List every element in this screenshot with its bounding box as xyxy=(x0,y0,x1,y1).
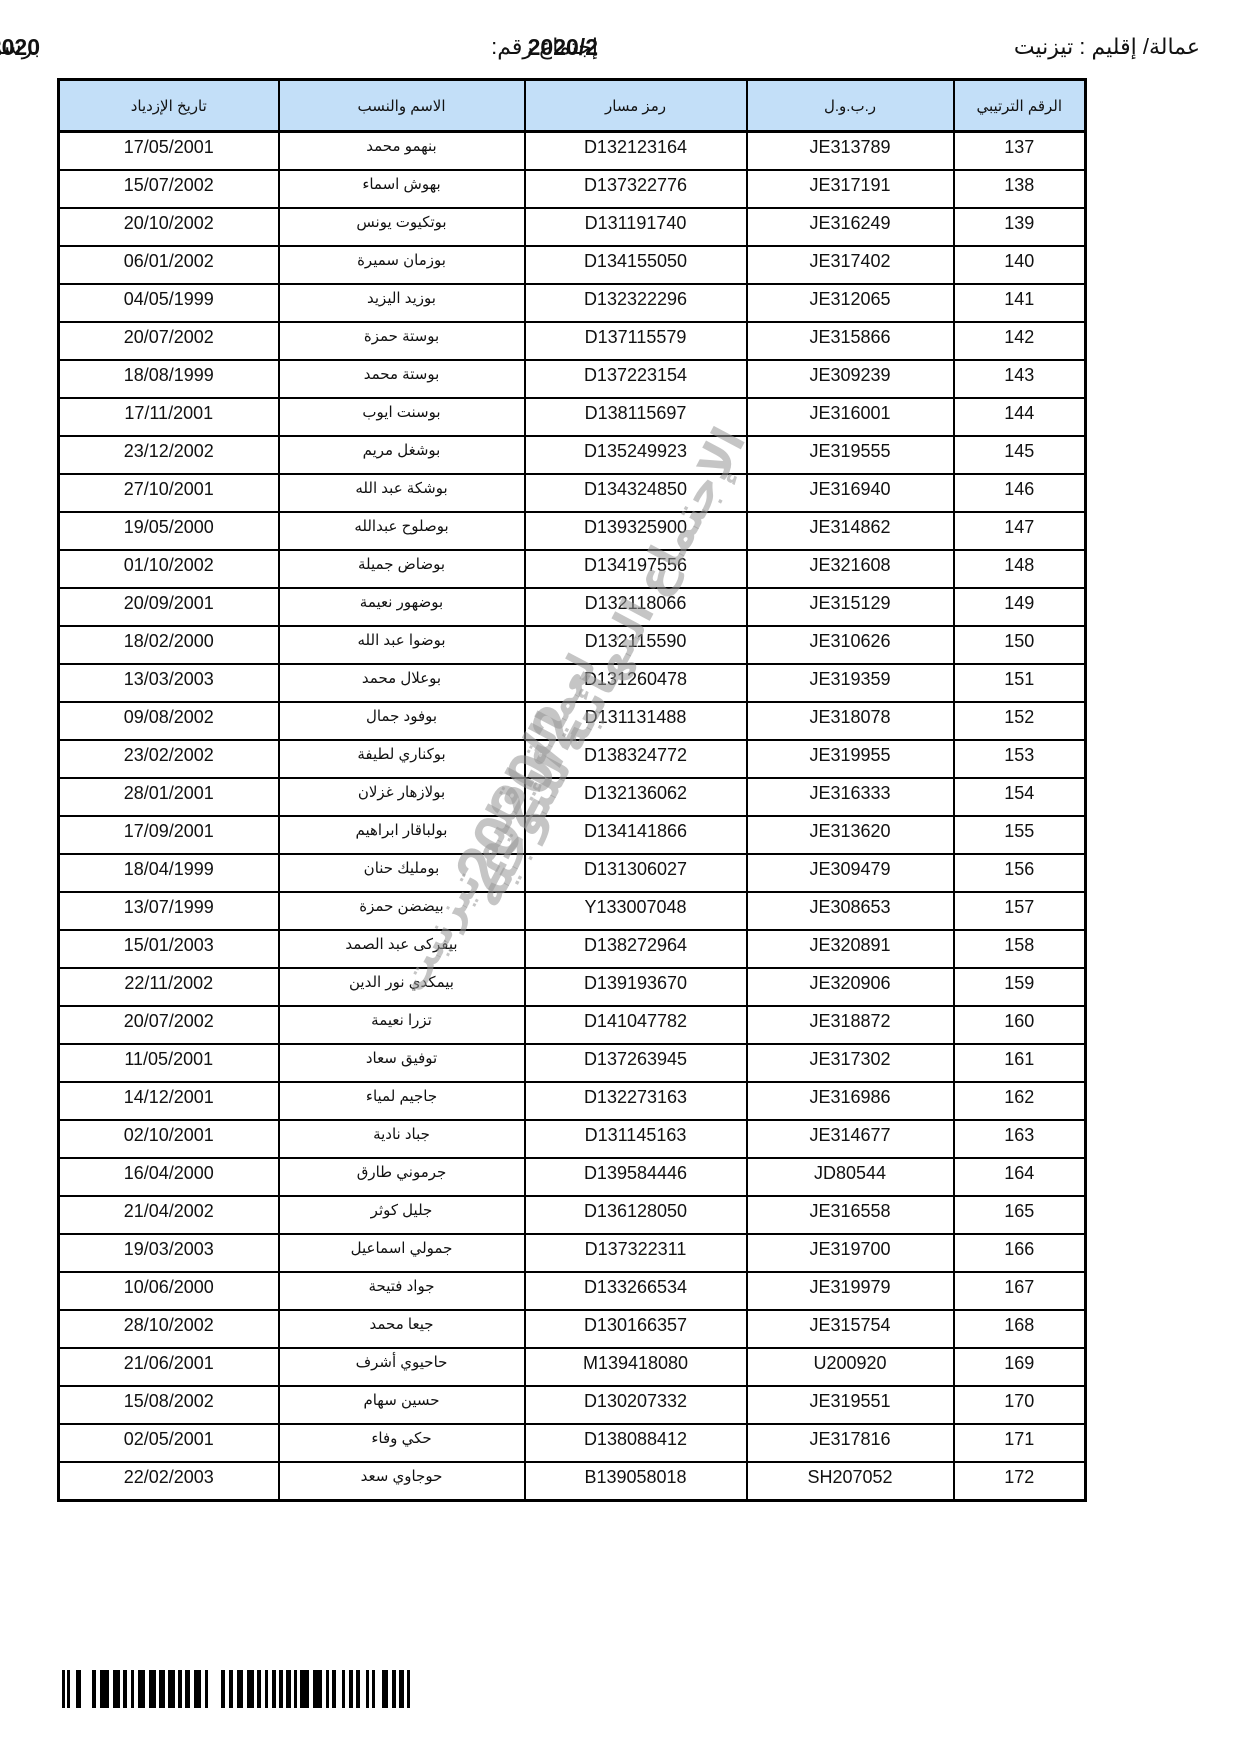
birth-date-cell: 10/06/2000 xyxy=(59,1272,279,1310)
birth-date-cell: 23/12/2002 xyxy=(59,436,279,474)
table-row: 10/06/2000جواد فتيحةD133266534JE31997916… xyxy=(59,1272,1086,1310)
massar-code-cell: D137322311 xyxy=(525,1234,747,1272)
table-row: 22/02/2003حوجاوي سعدB139058018SH20705217… xyxy=(59,1462,1086,1501)
full-name-cell: بولازهار غزلان xyxy=(279,778,525,816)
serial-cell: 138 xyxy=(954,170,1086,208)
birth-date-cell: 02/05/2001 xyxy=(59,1424,279,1462)
birth-date-cell: 20/07/2002 xyxy=(59,1006,279,1044)
birth-date-cell: 11/05/2001 xyxy=(59,1044,279,1082)
serial-cell: 149 xyxy=(954,588,1086,626)
birth-date-cell: 15/08/2002 xyxy=(59,1386,279,1424)
birth-date-cell: 20/07/2002 xyxy=(59,322,279,360)
birth-date-cell: 22/11/2002 xyxy=(59,968,279,1006)
cin-cell: JE309479 xyxy=(747,854,954,892)
massar-code-cell: D130166357 xyxy=(525,1310,747,1348)
massar-code-cell: D139193670 xyxy=(525,968,747,1006)
cin-cell: JE317402 xyxy=(747,246,954,284)
prefecture-title: عمالة/ إقليم : تيزنيت xyxy=(1014,34,1200,60)
full-name-cell: حاحيوي أشرف xyxy=(279,1348,525,1386)
table-row: 09/08/2002بوفود جمالD131131488JE31807815… xyxy=(59,702,1086,740)
massar-code-cell: D132115590 xyxy=(525,626,747,664)
serial-cell: 143 xyxy=(954,360,1086,398)
table-row: 23/02/2002بوكناري لطيفةD138324772JE31995… xyxy=(59,740,1086,778)
full-name-cell: بوستة محمد xyxy=(279,360,525,398)
birth-date-cell: 28/01/2001 xyxy=(59,778,279,816)
table-row: 13/07/1999بيضضن حمزةY133007048JE30865315… xyxy=(59,892,1086,930)
birth-date-cell: 20/10/2002 xyxy=(59,208,279,246)
table-row: 18/02/2000بوضوا عبد اللهD132115590JE3106… xyxy=(59,626,1086,664)
serial-cell: 171 xyxy=(954,1424,1086,1462)
serial-cell: 162 xyxy=(954,1082,1086,1120)
cin-cell: JE317191 xyxy=(747,170,954,208)
full-name-cell: بيضضن حمزة xyxy=(279,892,525,930)
cin-cell: JE315866 xyxy=(747,322,954,360)
full-name-cell: جاجيم لمياء xyxy=(279,1082,525,1120)
cin-cell: JE313620 xyxy=(747,816,954,854)
cin-cell: JE312065 xyxy=(747,284,954,322)
barcode xyxy=(62,1670,410,1708)
serial-cell: 159 xyxy=(954,968,1086,1006)
cin-cell: JE319555 xyxy=(747,436,954,474)
birth-date-cell: 02/10/2001 xyxy=(59,1120,279,1158)
birth-date-cell: 20/09/2001 xyxy=(59,588,279,626)
cin-cell: JE314677 xyxy=(747,1120,954,1158)
massar-code-cell: D139584446 xyxy=(525,1158,747,1196)
full-name-cell: حوجاوي سعد xyxy=(279,1462,525,1501)
full-name-cell: بولباقار ابراهيم xyxy=(279,816,525,854)
serial-cell: 140 xyxy=(954,246,1086,284)
cin-cell: JE319551 xyxy=(747,1386,954,1424)
full-name-cell: بوزيد اليزيد xyxy=(279,284,525,322)
birth-date-cell: 09/08/2002 xyxy=(59,702,279,740)
full-name-cell: حكي وفاء xyxy=(279,1424,525,1462)
birth-date-cell: 17/05/2001 xyxy=(59,132,279,171)
birth-date-cell: 22/02/2003 xyxy=(59,1462,279,1501)
barcode-bar xyxy=(194,1670,201,1708)
table-row: 22/11/2002بيمكدي نور الدينD139193670JE32… xyxy=(59,968,1086,1006)
table-row: 20/09/2001بوضهور نعيمةD132118066JE315129… xyxy=(59,588,1086,626)
cin-cell: JE316940 xyxy=(747,474,954,512)
barcode-gap xyxy=(81,1670,92,1708)
massar-code-cell: D132322296 xyxy=(525,284,747,322)
massar-code-cell: D131145163 xyxy=(525,1120,747,1158)
serial-cell: 156 xyxy=(954,854,1086,892)
table-row: 13/03/2003بوعلال محمدD131260478JE3193591… xyxy=(59,664,1086,702)
barcode-bar xyxy=(313,1670,322,1708)
cin-cell: JE319955 xyxy=(747,740,954,778)
table-row: 17/05/2001بنهمو محمدD132123164JE31378913… xyxy=(59,132,1086,171)
cin-cell: JE320891 xyxy=(747,930,954,968)
full-name-cell: بنهمو محمد xyxy=(279,132,525,171)
massar-code-cell: D138324772 xyxy=(525,740,747,778)
serial-cell: 142 xyxy=(954,322,1086,360)
cin-cell: JE310626 xyxy=(747,626,954,664)
full-name-cell: جمولي اسماعيل xyxy=(279,1234,525,1272)
massar-code-cell: D132136062 xyxy=(525,778,747,816)
barcode-bar xyxy=(100,1670,109,1708)
table-row: 16/04/2000جرموني طارقD139584446JD8054416… xyxy=(59,1158,1086,1196)
cin-cell: JE320906 xyxy=(747,968,954,1006)
meeting-value: 2020/2 xyxy=(528,34,598,61)
table-row: 27/10/2001بوشكة عبد اللهD134324850JE3169… xyxy=(59,474,1086,512)
table-row: 14/12/2001جاجيم لمياءD132273163JE3169861… xyxy=(59,1082,1086,1120)
full-name-cell: بوشغل مريم xyxy=(279,436,525,474)
full-name-cell: بوفود جمال xyxy=(279,702,525,740)
table-row: 15/01/2003بيفركى عبد الصمدD138272964JE32… xyxy=(59,930,1086,968)
full-name-cell: توفيق سعاد xyxy=(279,1044,525,1082)
birth-date-cell: 21/06/2001 xyxy=(59,1348,279,1386)
table-row: 04/05/1999بوزيد اليزيدD132322296JE312065… xyxy=(59,284,1086,322)
massar-code-cell: D132123164 xyxy=(525,132,747,171)
massar-code-cell: D138115697 xyxy=(525,398,747,436)
full-name-cell: جرموني طارق xyxy=(279,1158,525,1196)
birth-date-cell: 23/02/2002 xyxy=(59,740,279,778)
barcode-bar xyxy=(300,1670,309,1708)
massar-code-cell: D134324850 xyxy=(525,474,747,512)
massar-code-cell: D137223154 xyxy=(525,360,747,398)
serial-cell: 157 xyxy=(954,892,1086,930)
table-row: 21/06/2001حاحيوي أشرفM139418080U20092016… xyxy=(59,1348,1086,1386)
cin-cell: JE315129 xyxy=(747,588,954,626)
full-name-cell: بومليك حنان xyxy=(279,854,525,892)
massar-code-cell: D137115579 xyxy=(525,322,747,360)
cin-cell: JE317816 xyxy=(747,1424,954,1462)
document-header: برسم السنة الجامعية 2021-2020 إجتماع رقم… xyxy=(40,34,1200,74)
barcode-bar xyxy=(113,1670,120,1708)
serial-cell: 167 xyxy=(954,1272,1086,1310)
massar-code-cell: D132273163 xyxy=(525,1082,747,1120)
full-name-cell: بوتكيوت يونس xyxy=(279,208,525,246)
table-row: 20/07/2002بوستة حمزةD137115579JE31586614… xyxy=(59,322,1086,360)
serial-cell: 153 xyxy=(954,740,1086,778)
full-name-cell: بهوش اسماء xyxy=(279,170,525,208)
massar-code-cell: D137263945 xyxy=(525,1044,747,1082)
barcode-gap xyxy=(375,1670,382,1708)
full-name-cell: بوسنت ايوب xyxy=(279,398,525,436)
cin-cell: JE319979 xyxy=(747,1272,954,1310)
full-name-cell: بوضهور نعيمة xyxy=(279,588,525,626)
serial-cell: 158 xyxy=(954,930,1086,968)
serial-cell: 168 xyxy=(954,1310,1086,1348)
full-name-cell: بوضوا عبد الله xyxy=(279,626,525,664)
cin-cell: JE316333 xyxy=(747,778,954,816)
table-row: 18/08/1999بوستة محمدD137223154JE30923914… xyxy=(59,360,1086,398)
serial-cell: 161 xyxy=(954,1044,1086,1082)
barcode-gap xyxy=(208,1670,221,1708)
academic-year-value: 2021-2020 xyxy=(0,34,40,61)
massar-code-cell: D134141866 xyxy=(525,816,747,854)
massar-code-cell: D136128050 xyxy=(525,1196,747,1234)
full-name-cell: جواد فتيحة xyxy=(279,1272,525,1310)
table-row: 20/07/2002تزرا نعيمةD141047782JE31887216… xyxy=(59,1006,1086,1044)
table-row: 28/10/2002جيعا محمدD130166357JE315754168 xyxy=(59,1310,1086,1348)
massar-code-cell: D141047782 xyxy=(525,1006,747,1044)
column-header-serial: الرقم الترتيبي xyxy=(954,80,1086,132)
serial-cell: 148 xyxy=(954,550,1086,588)
birth-date-cell: 17/11/2001 xyxy=(59,398,279,436)
full-name-cell: بوكناري لطيفة xyxy=(279,740,525,778)
serial-cell: 166 xyxy=(954,1234,1086,1272)
table-row: 19/03/2003جمولي اسماعيلD137322311JE31970… xyxy=(59,1234,1086,1272)
birth-date-cell: 21/04/2002 xyxy=(59,1196,279,1234)
cin-cell: U200920 xyxy=(747,1348,954,1386)
serial-cell: 154 xyxy=(954,778,1086,816)
full-name-cell: بوستة حمزة xyxy=(279,322,525,360)
table-row: 18/04/1999بومليك حنانD131306027JE3094791… xyxy=(59,854,1086,892)
massar-code-cell: D132118066 xyxy=(525,588,747,626)
full-name-cell: جيعا محمد xyxy=(279,1310,525,1348)
cin-cell: JE319700 xyxy=(747,1234,954,1272)
student-roster-table: تاريخ الإزدياد الاسم والنسب رمز مسار ر.ب… xyxy=(57,78,1087,1502)
table-row: 20/10/2002بوتكيوت يونسD131191740JE316249… xyxy=(59,208,1086,246)
table-row: 19/05/2000بوصلوح عبداللهD139325900JE3148… xyxy=(59,512,1086,550)
birth-date-cell: 13/07/1999 xyxy=(59,892,279,930)
barcode-bar xyxy=(138,1670,145,1708)
massar-code-cell: D134155050 xyxy=(525,246,747,284)
table-body: 17/05/2001بنهمو محمدD132123164JE31378913… xyxy=(59,132,1086,1501)
full-name-cell: بيفركى عبد الصمد xyxy=(279,930,525,968)
cin-cell: JE321608 xyxy=(747,550,954,588)
birth-date-cell: 18/04/1999 xyxy=(59,854,279,892)
column-header-full-name: الاسم والنسب xyxy=(279,80,525,132)
full-name-cell: بوصلوح عبدالله xyxy=(279,512,525,550)
full-name-cell: تزرا نعيمة xyxy=(279,1006,525,1044)
birth-date-cell: 04/05/1999 xyxy=(59,284,279,322)
cin-cell: SH207052 xyxy=(747,1462,954,1501)
table-row: 17/09/2001بولباقار ابراهيمD134141866JE31… xyxy=(59,816,1086,854)
cin-cell: JE313789 xyxy=(747,132,954,171)
massar-code-cell: D138272964 xyxy=(525,930,747,968)
serial-cell: 160 xyxy=(954,1006,1086,1044)
table-row: 06/01/2002بوزمان سميرةD134155050JE317402… xyxy=(59,246,1086,284)
birth-date-cell: 15/07/2002 xyxy=(59,170,279,208)
cin-cell: JE309239 xyxy=(747,360,954,398)
serial-cell: 147 xyxy=(954,512,1086,550)
table-row: 15/07/2002بهوش اسماءD137322776JE31719113… xyxy=(59,170,1086,208)
massar-code-cell: D131191740 xyxy=(525,208,747,246)
birth-date-cell: 27/10/2001 xyxy=(59,474,279,512)
full-name-cell: بوضاض جميلة xyxy=(279,550,525,588)
massar-code-cell: D131306027 xyxy=(525,854,747,892)
table-header: تاريخ الإزدياد الاسم والنسب رمز مسار ر.ب… xyxy=(59,80,1086,132)
serial-cell: 139 xyxy=(954,208,1086,246)
serial-cell: 150 xyxy=(954,626,1086,664)
cin-cell: JE315754 xyxy=(747,1310,954,1348)
massar-code-cell: D135249923 xyxy=(525,436,747,474)
serial-cell: 151 xyxy=(954,664,1086,702)
serial-cell: 155 xyxy=(954,816,1086,854)
cin-cell: JE308653 xyxy=(747,892,954,930)
full-name-cell: جباد نادية xyxy=(279,1120,525,1158)
serial-cell: 145 xyxy=(954,436,1086,474)
cin-cell: JD80544 xyxy=(747,1158,954,1196)
birth-date-cell: 13/03/2003 xyxy=(59,664,279,702)
serial-cell: 172 xyxy=(954,1462,1086,1501)
cin-cell: JE316558 xyxy=(747,1196,954,1234)
table-row: 28/01/2001بولازهار غزلانD132136062JE3163… xyxy=(59,778,1086,816)
massar-code-cell: D131131488 xyxy=(525,702,747,740)
massar-code-cell: D139325900 xyxy=(525,512,747,550)
birth-date-cell: 06/01/2002 xyxy=(59,246,279,284)
table-row: 02/05/2001حكي وفاءD138088412JE317816171 xyxy=(59,1424,1086,1462)
column-header-cin: ر.ب.و.ل xyxy=(747,80,954,132)
massar-code-cell: Y133007048 xyxy=(525,892,747,930)
cin-cell: JE314862 xyxy=(747,512,954,550)
table-row: 11/05/2001توفيق سعادD137263945JE31730216… xyxy=(59,1044,1086,1082)
cin-cell: JE318078 xyxy=(747,702,954,740)
barcode-bar xyxy=(247,1670,254,1708)
massar-code-cell: B139058018 xyxy=(525,1462,747,1501)
table-row: 17/11/2001بوسنت ايوبD138115697JE31600114… xyxy=(59,398,1086,436)
birth-date-cell: 01/10/2002 xyxy=(59,550,279,588)
cin-cell: JE316001 xyxy=(747,398,954,436)
table-row: 23/12/2002بوشغل مريمD135249923JE31955514… xyxy=(59,436,1086,474)
birth-date-cell: 19/03/2003 xyxy=(59,1234,279,1272)
birth-date-cell: 14/12/2001 xyxy=(59,1082,279,1120)
serial-cell: 141 xyxy=(954,284,1086,322)
birth-date-cell: 16/04/2000 xyxy=(59,1158,279,1196)
full-name-cell: حسين سهام xyxy=(279,1386,525,1424)
table-row: 01/10/2002بوضاض جميلةD134197556JE3216081… xyxy=(59,550,1086,588)
cin-cell: JE316986 xyxy=(747,1082,954,1120)
birth-date-cell: 15/01/2003 xyxy=(59,930,279,968)
massar-code-cell: D134197556 xyxy=(525,550,747,588)
barcode-bar xyxy=(168,1670,175,1708)
full-name-cell: بوشكة عبد الله xyxy=(279,474,525,512)
cin-cell: JE318872 xyxy=(747,1006,954,1044)
full-name-cell: جليل كوثر xyxy=(279,1196,525,1234)
cin-cell: JE317302 xyxy=(747,1044,954,1082)
birth-date-cell: 17/09/2001 xyxy=(59,816,279,854)
full-name-cell: بيمكدي نور الدين xyxy=(279,968,525,1006)
serial-cell: 165 xyxy=(954,1196,1086,1234)
birth-date-cell: 19/05/2000 xyxy=(59,512,279,550)
birth-date-cell: 18/08/1999 xyxy=(59,360,279,398)
serial-cell: 137 xyxy=(954,132,1086,171)
serial-cell: 163 xyxy=(954,1120,1086,1158)
barcode-bar xyxy=(407,1670,410,1708)
full-name-cell: بوعلال محمد xyxy=(279,664,525,702)
serial-cell: 164 xyxy=(954,1158,1086,1196)
massar-code-cell: D133266534 xyxy=(525,1272,747,1310)
column-header-massar-code: رمز مسار xyxy=(525,80,747,132)
table-row: 15/08/2002حسين سهامD130207332JE319551170 xyxy=(59,1386,1086,1424)
serial-cell: 146 xyxy=(954,474,1086,512)
full-name-cell: بوزمان سميرة xyxy=(279,246,525,284)
table-row: 02/10/2001جباد ناديةD131145163JE31467716… xyxy=(59,1120,1086,1158)
serial-cell: 152 xyxy=(954,702,1086,740)
massar-code-cell: D131260478 xyxy=(525,664,747,702)
massar-code-cell: D137322776 xyxy=(525,170,747,208)
cin-cell: JE316249 xyxy=(747,208,954,246)
birth-date-cell: 28/10/2002 xyxy=(59,1310,279,1348)
massar-code-cell: D130207332 xyxy=(525,1386,747,1424)
table-row: 21/04/2002جليل كوثرD136128050JE316558165 xyxy=(59,1196,1086,1234)
serial-cell: 144 xyxy=(954,398,1086,436)
cin-cell: JE319359 xyxy=(747,664,954,702)
column-header-birth-date: تاريخ الإزدياد xyxy=(59,80,279,132)
serial-cell: 170 xyxy=(954,1386,1086,1424)
serial-cell: 169 xyxy=(954,1348,1086,1386)
birth-date-cell: 18/02/2000 xyxy=(59,626,279,664)
massar-code-cell: D138088412 xyxy=(525,1424,747,1462)
massar-code-cell: M139418080 xyxy=(525,1348,747,1386)
barcode-bar xyxy=(149,1670,156,1708)
